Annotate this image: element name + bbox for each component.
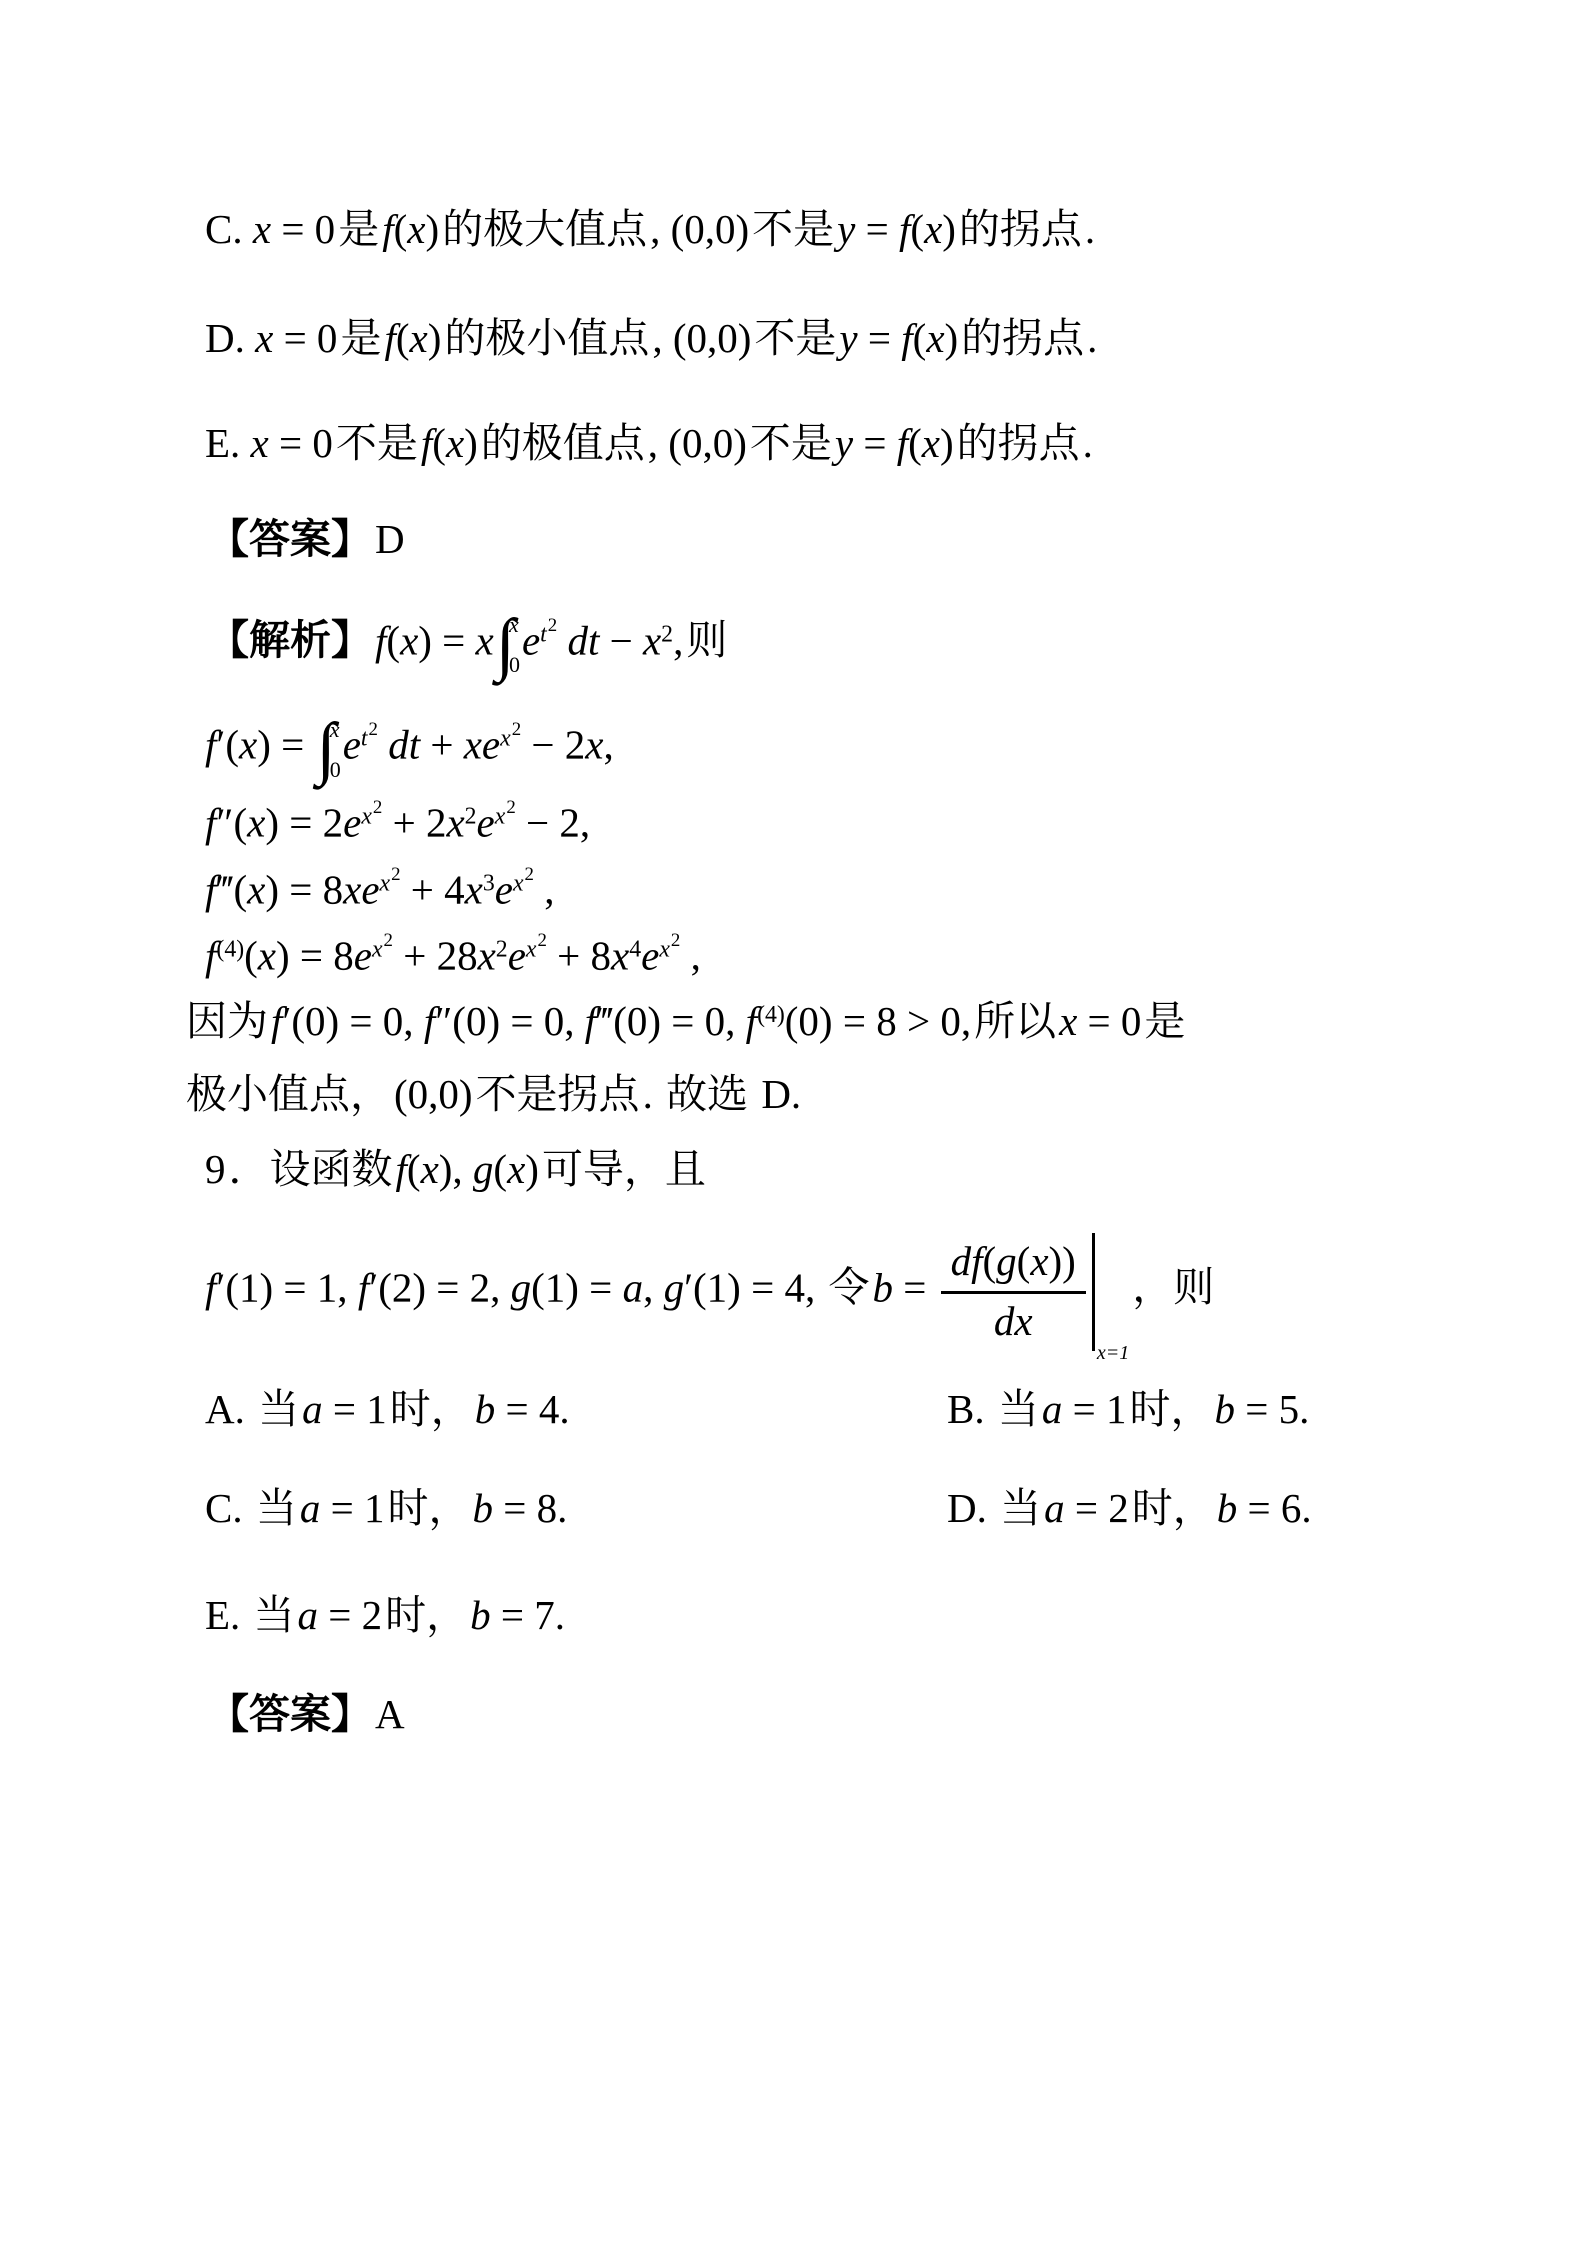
- question-9-formula: f′(1) = 1, f′(2) = 2, g(1) = a, g′(1) = …: [205, 1233, 1467, 1351]
- answer-label-q9: 【答案】A: [205, 1690, 1467, 1739]
- option-line-d: D. x = 0是f(x)的极小值点, (0,0)不是y = f(x)的拐点.: [205, 314, 1467, 363]
- fraction: df(g(x))dx: [941, 1238, 1086, 1344]
- options-row-cd: C. 当a = 1时，b = 8. D. 当a = 2时，b = 6.: [205, 1484, 1467, 1533]
- reasoning-line: 因为f′(0) = 0, f″(0) = 0, f‴(0) = 0, f(4)(…: [183, 997, 1467, 1046]
- analysis-line-q8: 【解析】f(x) = x∫x0et2 dt − x2,则: [205, 612, 1467, 679]
- option-9b: B. 当a = 1时，b = 5.: [947, 1385, 1467, 1434]
- conclusion-line: 极小值点，(0,0)不是拐点. 故选 D.: [183, 1070, 1467, 1119]
- option-9d: D. 当a = 2时，b = 6.: [947, 1484, 1467, 1533]
- options-row-ab: A. 当a = 1时，b = 4. B. 当a = 1时，b = 5.: [205, 1385, 1467, 1434]
- evaluation-bar: x=1: [1092, 1233, 1129, 1351]
- document-page: C. x = 0是f(x)的极大值点, (0,0)不是y = f(x)的拐点. …: [0, 0, 1587, 1739]
- option-9a: A. 当a = 1时，b = 4.: [205, 1385, 947, 1434]
- formula-f-fourth-derivative: f(4)(x) = 8ex2 + 28x2ex2 + 8x4ex2 ,: [205, 930, 1467, 981]
- formula-f-triple-prime: f‴(x) = 8xex2 + 4x3ex2 ,: [205, 864, 1467, 915]
- integral-sign: ∫x0: [317, 716, 341, 783]
- question-9-stem: 9．设函数f(x), g(x)可导，且: [205, 1145, 1467, 1194]
- option-9c: C. 当a = 1时，b = 8.: [205, 1484, 947, 1533]
- option-line-e: E. x = 0不是f(x)的极值点, (0,0)不是y = f(x)的拐点.: [205, 419, 1467, 468]
- integral-sign: ∫x0: [496, 612, 520, 679]
- formula-f-double-prime: f″(x) = 2ex2 + 2x2ex2 − 2,: [205, 797, 1467, 848]
- formula-f-prime: f′(x) = ∫x0et2 dt + xex2 − 2x,: [205, 716, 1467, 783]
- answer-label-q8: 【答案】D: [205, 515, 1467, 564]
- option-line-c: C. x = 0是f(x)的极大值点, (0,0)不是y = f(x)的拐点.: [205, 205, 1467, 254]
- option-9e: E. 当a = 2时，b = 7.: [205, 1591, 1467, 1640]
